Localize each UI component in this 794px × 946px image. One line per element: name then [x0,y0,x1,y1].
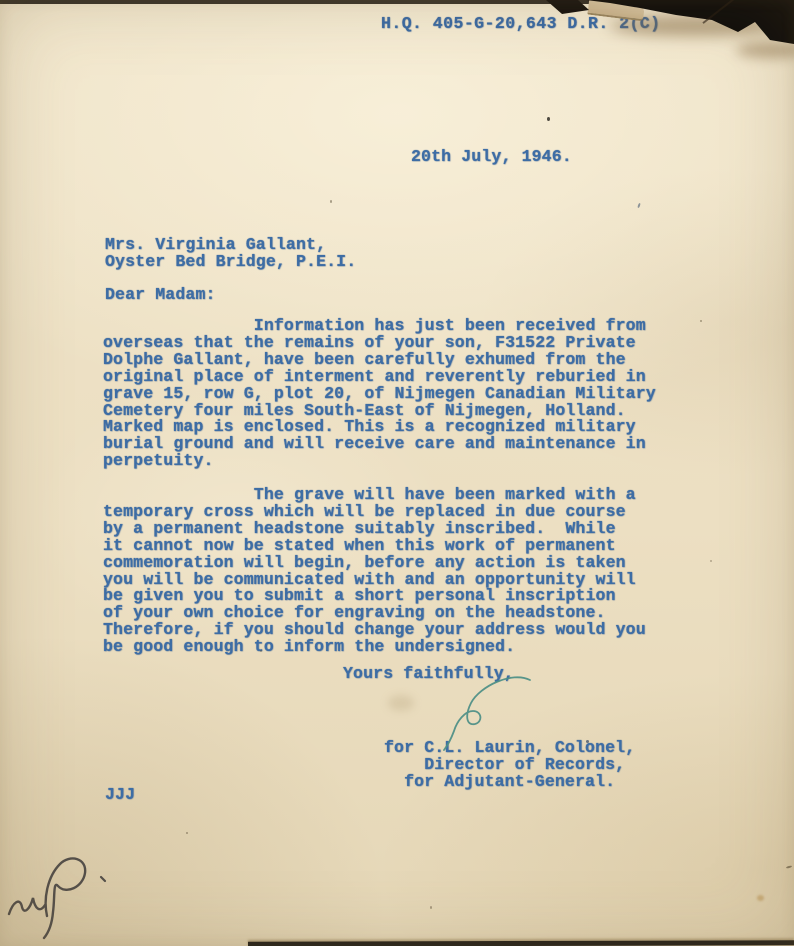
paragraph-2: The grave will have been marked with a t… [103,487,646,656]
torn-corner-top-right [0,0,794,70]
salutation: Dear Madam: [105,287,216,304]
scanned-letter-page: H.Q. 405-G-20,643 D.R. 2(C) 20th July, 1… [0,0,794,946]
recipient-address-block: Mrs. Virginia Gallant, Oyster Bed Bridge… [105,237,356,271]
pencil-initials-scribble [2,850,120,944]
paragraph-1: Information has just been received from … [103,318,656,470]
letter-date: 20th July, 1946. [411,149,572,166]
signature-scribble [420,670,550,755]
scan-bottom-edge-shadow [248,940,794,946]
paper-specks [0,0,1,1]
typist-initials: JJJ [105,787,135,804]
